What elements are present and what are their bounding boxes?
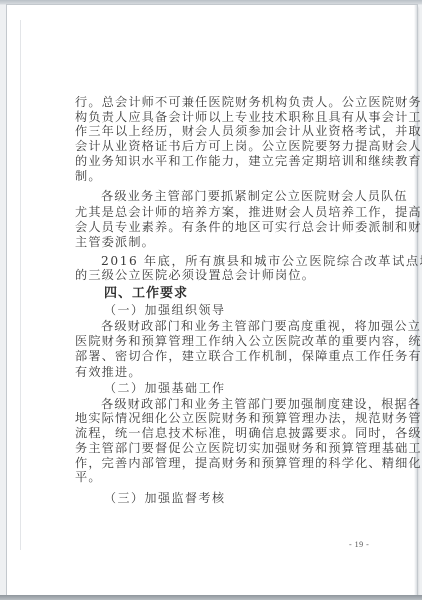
body-text-line: 主管委派制。	[75, 235, 358, 249]
body-text-line: 各级财政部门和业务主管部门要高度重视，将加强公立	[101, 319, 358, 333]
scan-bottom-edge	[0, 595, 422, 600]
body-text-line: 的三级公立医院必须设置总会计师岗位。	[75, 268, 358, 282]
page-binding-edge	[20, 20, 21, 550]
body-text-line: 会计从业资格证书后方可上岗。公立医院要努力提高财会人员	[75, 139, 358, 153]
body-text-line: 尤其是总会计师的培养方案，推进财会人员培养工作，提高财	[75, 205, 358, 219]
body-text-line: 构负责人应具备会计师以上专业技术职称且具有从事会计工	[75, 110, 358, 124]
body-text-line: 作，完善内部管理，提高财务和预算管理的科学化、精细化水	[75, 456, 358, 470]
subsection-title: （三）加强监督考核	[104, 491, 226, 505]
subsection-title: （二）加强基础工作	[104, 381, 226, 395]
body-text-line: 各级财政部门和业务主管部门要加强制度建设，根据各	[101, 397, 358, 411]
section-heading: 四、工作要求	[104, 286, 188, 301]
body-text-line: 流程，统一信息技术标准，明确信息披露要求。同时，各级业	[75, 426, 358, 440]
subsection-title: （一）加强组织领导	[104, 303, 226, 317]
body-text-line: 作三年以上经历，财会人员须参加会计从业资格考试，并取得	[75, 124, 358, 138]
page-edge-shadow	[414, 5, 417, 596]
body-text-line: 部署、密切合作，建立联合工作机制，保障重点工作任务有力	[75, 349, 358, 363]
body-text-line: 地实际情况细化公立医院财务和预算管理办法，规范财务管理	[75, 411, 358, 425]
body-text-line: 制。	[75, 169, 358, 183]
body-text-line: 有效推进。	[75, 365, 358, 379]
body-text-line: 平。	[75, 470, 358, 484]
body-text-line: 务主管部门要督促公立医院切实加强财务和预算管理基础工	[75, 441, 358, 455]
body-text-line: 医院财务和预算管理工作纳入公立医院改革的重要内容，统一	[75, 334, 358, 348]
body-text-line: 行。总会计师不可兼任医院财务机构负责人。公立医院财务机	[75, 95, 358, 109]
body-text-line: 会人员专业素养。有条件的地区可实行总会计师委派制和财务	[75, 220, 358, 234]
body-text-line: 的业务知识水平和工作能力，建立完善定期培训和继续教育机	[75, 154, 358, 168]
body-text-line: 各级业务主管部门要抓紧制定公立医院财会人员队伍	[101, 189, 358, 203]
body-text-line: 2016 年底，所有旗县和城市公立医院综合改革试点地区	[101, 254, 358, 268]
document-page	[7, 5, 417, 596]
page-number: - 19 -	[349, 540, 369, 549]
